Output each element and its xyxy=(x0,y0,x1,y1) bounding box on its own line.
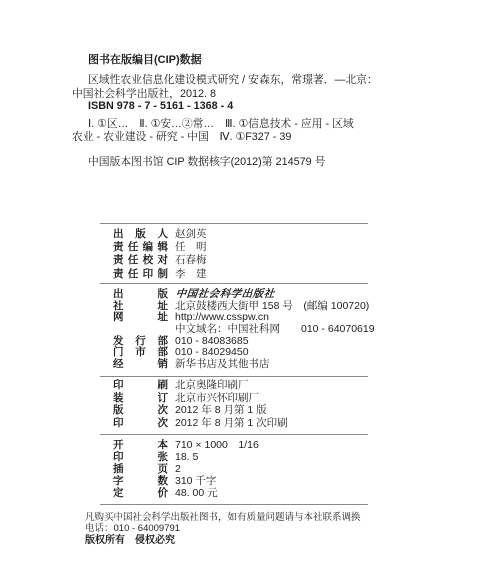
info-label: 印次 xyxy=(113,417,168,430)
info-label: 插页 xyxy=(113,463,168,475)
book-title-line: 区域性农业信息化建设模式研究 / 安森东，常璟著．—北京： xyxy=(88,72,378,87)
copyright-page: 图书在版编目(CIP)数据 区域性农业信息化建设模式研究 / 安森东，常璟著．—… xyxy=(0,0,480,580)
info-value: 710 × 1000 1/16 xyxy=(175,439,259,451)
info-row: 出版 中国社会科学出版社 xyxy=(113,289,375,301)
info-row: 装订 北京市兴怀印刷厂 xyxy=(113,392,288,405)
info-value: 李 建 xyxy=(175,268,207,281)
cip-record-number: 中国版本图书馆 CIP 数据核字(2012)第 214579 号 xyxy=(88,154,325,169)
info-row: 印刷 北京奥隆印刷厂 xyxy=(113,379,288,392)
publisher-logo: 中国社会科学出版社 xyxy=(175,289,275,301)
info-value: 中文域名：中国社科网 010 - 64070619 xyxy=(175,324,375,336)
cip-header: 图书在版编目(CIP)数据 xyxy=(88,51,202,67)
info-row: 印张 18. 5 xyxy=(113,451,259,463)
info-label: 字数 xyxy=(113,475,168,487)
divider-rule xyxy=(100,223,368,224)
book-title-line-2: 中国社会科学出版社，2012. 8 xyxy=(72,86,216,101)
spec-section: 开本 710 × 1000 1/16 印张 18. 5 插页 2 字数 310 … xyxy=(113,439,259,499)
info-row: 开本 710 × 1000 1/16 xyxy=(113,439,259,451)
info-value: 2012 年 8 月第 1 版 xyxy=(175,404,267,417)
info-value: 赵剑英 xyxy=(175,228,207,241)
publisher-section: 出版 中国社会科学出版社 社址 北京鼓楼西大街甲 158 号 (邮编 10072… xyxy=(113,289,375,371)
info-value: 18. 5 xyxy=(175,451,198,463)
info-label: 开本 xyxy=(113,439,168,451)
info-value: 石春梅 xyxy=(175,254,207,267)
info-label: 经销 xyxy=(113,359,168,371)
info-value: 2012 年 8 月第 1 次印刷 xyxy=(175,417,288,430)
info-label: 印刷 xyxy=(113,379,168,392)
info-row: 字数 310 千字 xyxy=(113,475,259,487)
info-row: 中文域名：中国社科网 010 - 64070619 xyxy=(113,324,375,336)
info-row: 责任编辑 任 明 xyxy=(113,241,207,254)
divider-rule xyxy=(100,376,368,377)
info-value: 北京市兴怀印刷厂 xyxy=(175,392,259,405)
staff-section: 出版人 赵剑英 责任编辑 任 明 责任校对 石春梅 责任印制 李 建 xyxy=(113,228,207,281)
info-row: 印次 2012 年 8 月第 1 次印刷 xyxy=(113,417,288,430)
info-label: 责任印制 xyxy=(113,268,168,281)
info-row: 经销 新华书店及其他书店 xyxy=(113,359,375,371)
info-label xyxy=(113,324,168,336)
info-row: 插页 2 xyxy=(113,463,259,475)
info-row: 责任印制 李 建 xyxy=(113,268,207,281)
info-label: 责任编辑 xyxy=(113,241,168,254)
info-row: 出版人 赵剑英 xyxy=(113,228,207,241)
info-value: 任 明 xyxy=(175,241,207,254)
info-label: 出版人 xyxy=(113,228,168,241)
info-label: 装订 xyxy=(113,392,168,405)
info-label: 版次 xyxy=(113,404,168,417)
info-row: 定价 48. 00 元 xyxy=(113,487,259,499)
classification-line-2: 农业 - 农业建设 - 研究 - 中国 Ⅳ. ①F327 - 39 xyxy=(72,129,291,144)
divider-rule xyxy=(100,434,368,435)
divider-rule xyxy=(100,504,368,505)
info-value: 310 千字 xyxy=(175,475,216,487)
info-label: 网址 xyxy=(113,312,168,324)
info-value: 48. 00 元 xyxy=(175,487,218,499)
info-row: 责任校对 石春梅 xyxy=(113,254,207,267)
info-value: 北京奥隆印刷厂 xyxy=(175,379,249,392)
printing-section: 印刷 北京奥隆印刷厂 装订 北京市兴怀印刷厂 版次 2012 年 8 月第 1 … xyxy=(113,379,288,429)
isbn-line: ISBN 978 - 7 - 5161 - 1368 - 4 xyxy=(88,100,233,112)
info-value: 新华书店及其他书店 xyxy=(175,359,270,371)
info-row: 版次 2012 年 8 月第 1 版 xyxy=(113,404,288,417)
divider-rule xyxy=(100,283,368,284)
info-label: 出版 xyxy=(113,289,168,301)
info-label: 印张 xyxy=(113,451,168,463)
info-label: 定价 xyxy=(113,487,168,499)
info-value: 2 xyxy=(175,463,181,475)
info-label: 责任校对 xyxy=(113,254,168,267)
copyright-notice: 版权所有 侵权必究 xyxy=(85,531,175,546)
